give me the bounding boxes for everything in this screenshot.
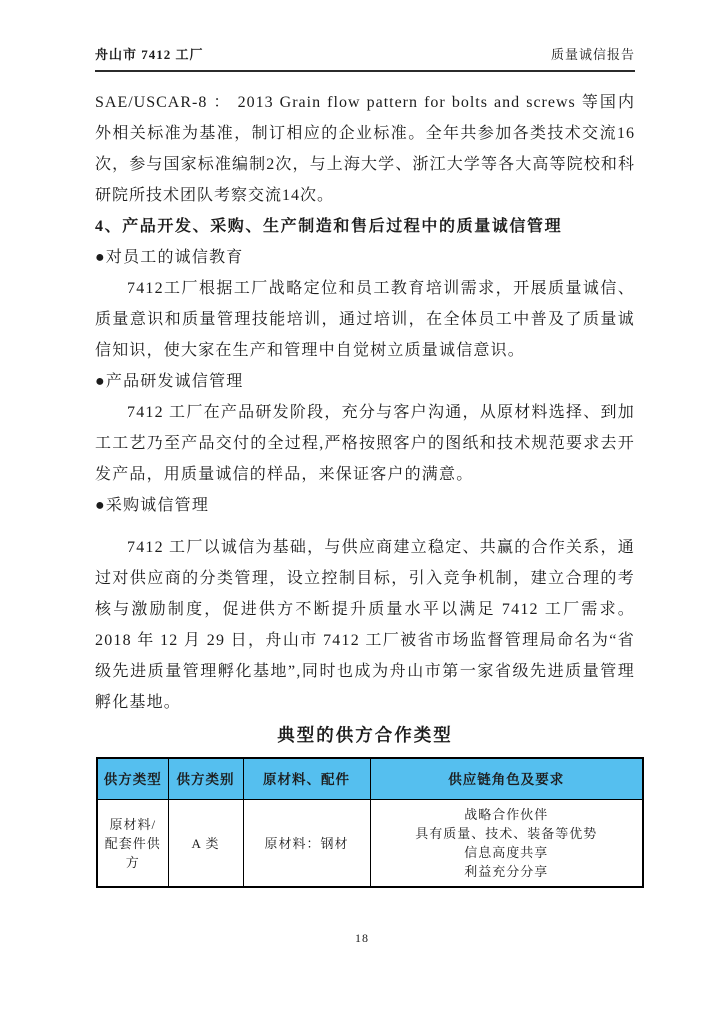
supplier-table-title: 典型的供方合作类型 (95, 721, 635, 749)
supplier-cooperation-table: 供方类型 供方类别 原材料、配件 供应链角色及要求 原材料/配套件供方 A 类 … (96, 757, 644, 888)
paragraph-employee-training: 7412工厂根据工厂战略定位和员工教育培训需求，开展质量诚信、质量意识和质量管理… (95, 273, 635, 366)
cell-role-requirements: 战略合作伙伴 具有质量、技术、装备等优势 信息高度共享 利益充分分享 (370, 800, 643, 888)
header-report-title: 质量诚信报告 (551, 44, 635, 63)
bullet-procurement-integrity: ●采购诚信管理 (95, 490, 635, 521)
column-header-role-requirements: 供应链角色及要求 (370, 758, 643, 800)
header-divider-rule (95, 70, 635, 72)
page-header: 舟山市 7412 工厂 质量诚信报告 (95, 44, 635, 63)
paragraph-procurement-supplier: 7412 工厂以诚信为基础，与供应商建立稳定、共赢的合作关系，通过对供应商的分类… (95, 532, 635, 718)
cell-supplier-type: 原材料/配套件供方 (97, 800, 168, 888)
column-header-supplier-type: 供方类型 (97, 758, 168, 800)
paragraph-rd-integrity: 7412 工厂在产品研发阶段，充分与客户沟通，从原材料选择、到加工工艺乃至产品交… (95, 397, 635, 490)
cell-supplier-class: A 类 (168, 800, 243, 888)
bullet-employee-education: ●对员工的诚信教育 (95, 242, 635, 273)
header-factory-name: 舟山市 7412 工厂 (95, 44, 204, 63)
table-header-row: 供方类型 供方类别 原材料、配件 供应链角色及要求 (97, 758, 643, 800)
cell-materials: 原材料：钢材 (243, 800, 370, 888)
table-row: 原材料/配套件供方 A 类 原材料：钢材 战略合作伙伴 具有质量、技术、装备等优… (97, 800, 643, 888)
bullet-rd-integrity: ●产品研发诚信管理 (95, 366, 635, 397)
section-heading-4: 4、产品开发、采购、生产制造和售后过程中的质量诚信管理 (95, 211, 635, 242)
column-header-materials: 原材料、配件 (243, 758, 370, 800)
document-body: SAE/USCAR-8 ： 2013 Grain flow pattern fo… (95, 87, 635, 888)
page-number-value: 18 (355, 931, 369, 945)
paragraph-standards: SAE/USCAR-8 ： 2013 Grain flow pattern fo… (95, 87, 635, 211)
page-number: 18 (0, 931, 724, 946)
document-page: 舟山市 7412 工厂 质量诚信报告 SAE/USCAR-8 ： 2013 Gr… (0, 0, 724, 1024)
column-header-supplier-class: 供方类别 (168, 758, 243, 800)
